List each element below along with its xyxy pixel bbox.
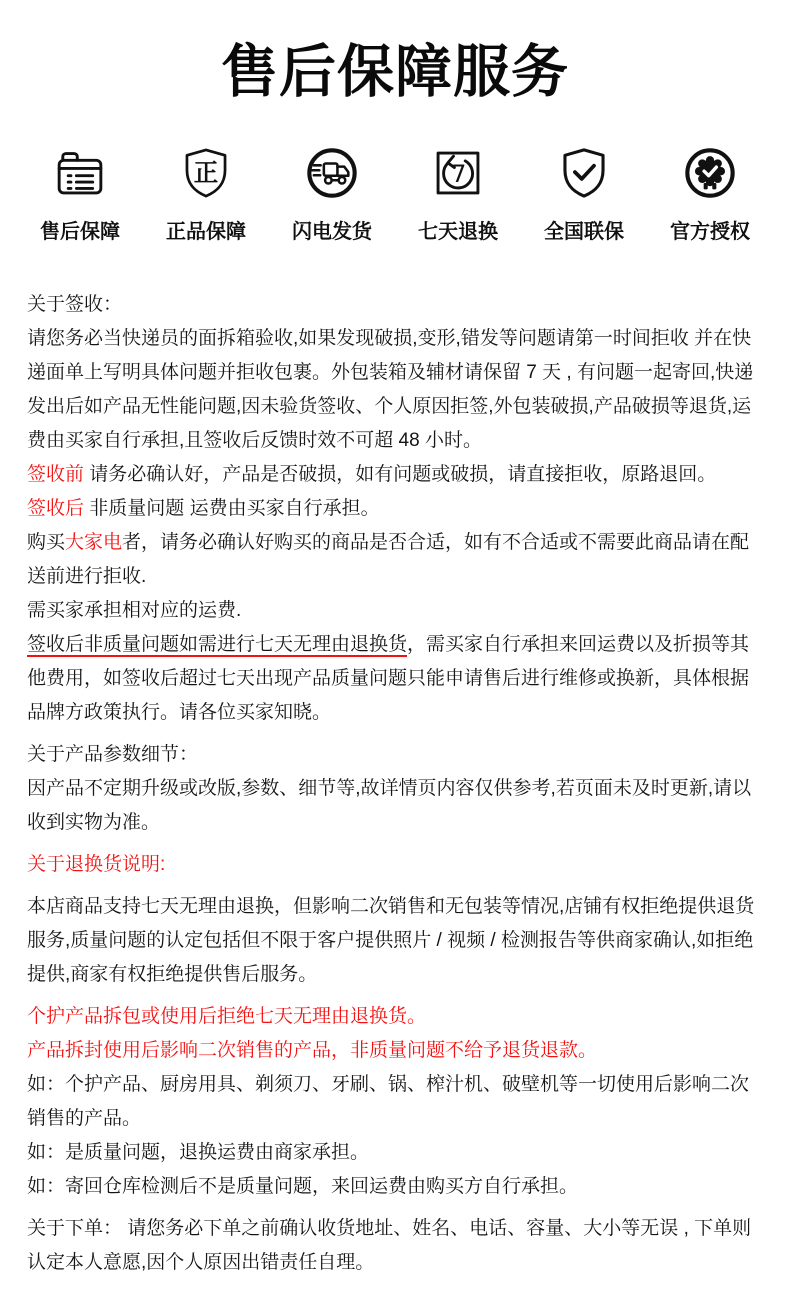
before-receipt-note: 签收前 请务必确认好，产品是否破损，如有问题或破损，请直接拒收，原路退回。	[27, 458, 766, 492]
guarantee-badges-row: 售后保障 正正品保障 闪电发货 7七天退换 全国联保	[0, 144, 790, 244]
large-appliance-note: 购买大家电者，请务必确认好购买的商品是否合适，如有不合适或不需要此商品请在配送前…	[27, 526, 766, 628]
text-segment: 需买家承担相对应的运费.	[27, 600, 241, 621]
text-segment: 大家电	[65, 532, 122, 553]
aftersales-folder-icon	[51, 144, 109, 202]
guarantee-badge-2: 正正品保障	[156, 144, 256, 244]
text-segment: 签收后非质量问题如需进行七天无理由退换货	[27, 634, 407, 655]
return-policy-note: 本店商品支持七天无理由退换，但影响二次销售和无包装等情况,店铺有权拒绝提供退货服…	[27, 890, 766, 992]
text-segment: 签收后	[27, 498, 84, 519]
text-segment: 关于下单：	[27, 1218, 122, 1239]
text-segment: 个护产品拆包或使用后拒绝七天无理由退换货。	[27, 1006, 426, 1027]
text-segment: 因产品不定期升级或改版,参数、细节等,故详情页内容仅供参考,若页面未及时更新,请…	[27, 778, 751, 833]
authentic-shield-icon: 正	[177, 144, 235, 202]
text-segment: 如：个护产品、厨房用具、剃须刀、牙刷、锅、榨汁机、破壁机等一切使用后影响二次销售…	[27, 1074, 749, 1129]
about-ordering-note: 关于下单： 请您务必下单之前确认收货地址、姓名、电话、容量、大小等无误 , 下单…	[27, 1212, 766, 1280]
return-policy-heading: 关于退换货说明:	[27, 848, 766, 882]
guarantee-badge-label: 闪电发货	[292, 215, 372, 244]
text-segment: 本店商品支持七天无理由退换，但影响二次销售和无包装等情况,店铺有权拒绝提供退货服…	[27, 896, 754, 985]
quality-issue-shipping-note: 如：是质量问题，退换运费由商家承担。	[27, 1136, 766, 1170]
text-segment: 产品拆封使用后影响二次销售的产品，非质量问题不给予退货退款。	[27, 1040, 597, 1061]
text-segment: 者，请务必确认好购买的商品是否合适，如有不合适或不需要此商品请在配送前进行拒收.	[27, 532, 749, 587]
text-segment: 关于签收：	[27, 294, 122, 315]
text-segment: 非质量问题 运费由买家自行承担。	[84, 498, 380, 519]
guarantee-badge-6: 官方授权	[660, 144, 760, 244]
official-authorization-badge-icon	[681, 144, 739, 202]
personal-care-no-return-note: 个护产品拆包或使用后拒绝七天无理由退换货。	[27, 1000, 766, 1034]
text-segment: 请您务必下单之前确认收货地址、姓名、电话、容量、大小等无误 , 下单则认定本人意…	[27, 1218, 751, 1273]
svg-text:正: 正	[194, 158, 218, 187]
opened-product-no-refund-note: 产品拆封使用后影响二次销售的产品，非质量问题不给予退货退款。	[27, 1034, 766, 1068]
product-specs-heading: 关于产品参数细节：	[27, 738, 766, 772]
policy-text-body: 关于签收：请您务必当快递员的面拆箱验收,如果发现破损,变形,错发等问题请第一时间…	[0, 288, 790, 1306]
svg-text:7: 7	[451, 160, 466, 188]
guarantee-badge-label: 官方授权	[670, 215, 750, 244]
seven-day-return-cost-note: 签收后非质量问题如需进行七天无理由退换货，需买家自行承担来回运费以及折损等其他费…	[27, 628, 766, 730]
guarantee-badge-4: 7七天退换	[408, 144, 508, 244]
non-quality-shipping-note: 如：寄回仓库检测后不是质量问题，来回运费由购买方自行承担。	[27, 1170, 766, 1204]
text-segment: 购买	[27, 532, 65, 553]
example-products-note: 如：个护产品、厨房用具、剃须刀、牙刷、锅、榨汁机、破壁机等一切使用后影响二次销售…	[27, 1068, 766, 1136]
text-segment: 关于产品参数细节：	[27, 744, 198, 765]
text-segment: 请您务必当快递员的面拆箱验收,如果发现破损,变形,错发等问题请第一时间拒收 并在…	[27, 328, 753, 451]
seven-day-return-icon: 7	[429, 144, 487, 202]
guarantee-badge-label: 正品保障	[166, 215, 246, 244]
fast-shipping-truck-icon	[303, 144, 361, 202]
text-segment: 关于退换货说明:	[27, 854, 165, 875]
text-segment: 如：寄回仓库检测后不是质量问题，来回运费由购买方自行承担。	[27, 1176, 578, 1197]
guarantee-badge-label: 售后保障	[40, 215, 120, 244]
guarantee-badge-5: 全国联保	[534, 144, 634, 244]
aftersales-service-page: 售后保障服务 售后保障 正正品保障 闪电发货 7七天退换	[0, 0, 790, 1306]
receipt-inspection-note: 请您务必当快递员的面拆箱验收,如果发现破损,变形,错发等问题请第一时间拒收 并在…	[27, 322, 766, 458]
nationwide-warranty-shield-icon	[555, 144, 613, 202]
text-segment: 请务必确认好，产品是否破损，如有问题或破损，请直接拒收，原路退回。	[84, 464, 716, 485]
guarantee-badge-label: 七天退换	[418, 215, 498, 244]
text-segment: 签收前	[27, 464, 84, 485]
text-segment: 如：是质量问题，退换运费由商家承担。	[27, 1142, 369, 1163]
guarantee-badge-1: 售后保障	[30, 144, 130, 244]
after-receipt-note: 签收后 非质量问题 运费由买家自行承担。	[27, 492, 766, 526]
product-specs-note: 因产品不定期升级或改版,参数、细节等,故详情页内容仅供参考,若页面未及时更新,请…	[27, 772, 766, 840]
guarantee-badge-label: 全国联保	[544, 215, 624, 244]
about-receipt-heading: 关于签收：	[27, 288, 766, 322]
page-title: 售后保障服务	[0, 26, 790, 108]
guarantee-badge-3: 闪电发货	[282, 144, 382, 244]
